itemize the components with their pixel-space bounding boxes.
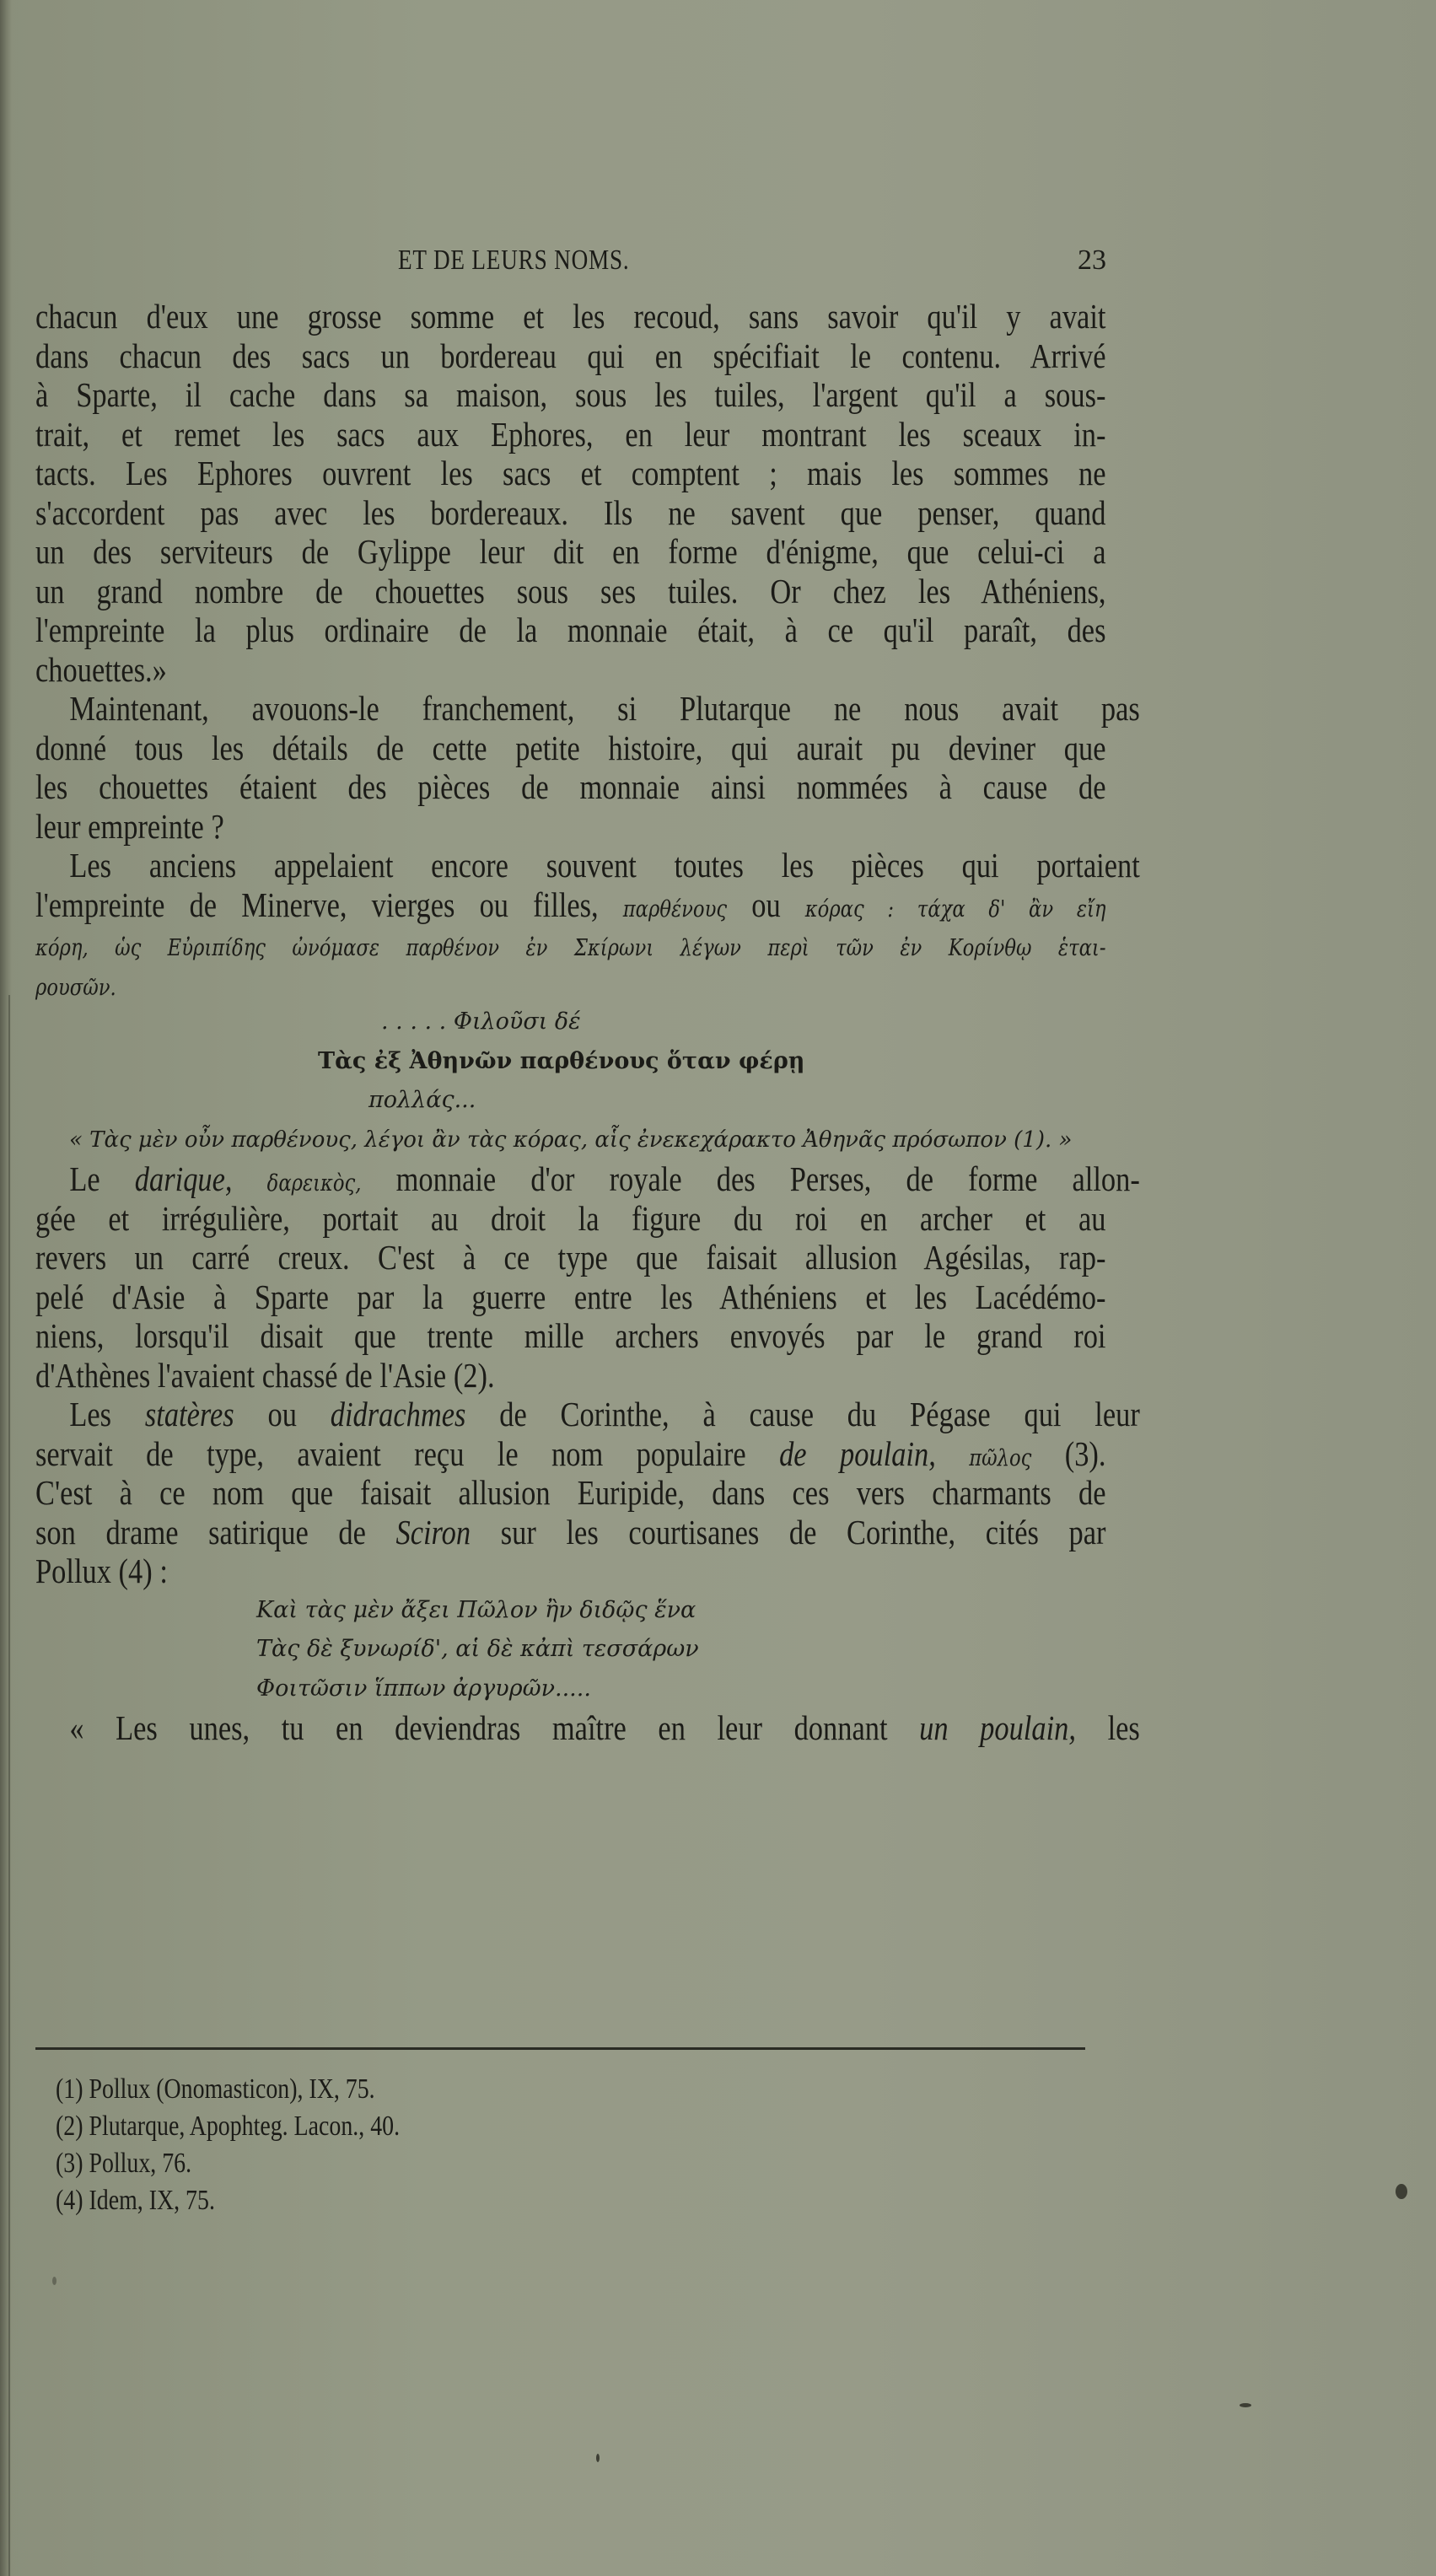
text-fragment: ou <box>751 885 780 924</box>
italic-term: darique, <box>135 1159 233 1198</box>
greek-fragment: κόρη, ὡς Εὐριπίδης ὠνόμασε παρθένον ἐν Σ… <box>35 935 1105 961</box>
running-title: ET DE LEURS NOMS. <box>398 245 630 277</box>
footnote-1: (1) Pollux (Onomasticon), IX, 75. <box>56 2071 400 2108</box>
greek-line: ρουσῶν. <box>35 964 1105 1003</box>
paragraph-start: Les statères ou didrachmes de Corinthe, … <box>35 1395 1140 1434</box>
text-line: un grand nombre de chouettes sous ses tu… <box>35 572 1105 611</box>
text-line: s'accordent pas avec les bordereaux. Ils… <box>35 493 1105 533</box>
footnotes: (1) Pollux (Onomasticon), IX, 75. (2) Pl… <box>56 2071 476 2219</box>
italic-term: de poulain, <box>779 1434 936 1473</box>
text-line: les chouettes étaient des pièces de monn… <box>35 767 1105 807</box>
text-fragment: (3). <box>1065 1434 1106 1473</box>
verse-line: Φοιτῶσιν ἵππων ἀργυρῶν..... <box>35 1670 1106 1709</box>
text-line: son drame satirique de Sciron sur les co… <box>35 1513 1105 1552</box>
italic-term: didrachmes <box>331 1395 466 1433</box>
text-line: chouettes.» <box>35 650 1105 690</box>
paragraph-start: Les anciens appelaient encore souvent to… <box>35 846 1140 885</box>
text-line: tacts. Les Ephores ouvrent les sacs et c… <box>35 454 1105 493</box>
greek-line: κόρη, ὡς Εὐριπίδης ὠνόμασε παρθένον ἐν Σ… <box>35 924 1105 964</box>
paper-blemish <box>1240 2403 1251 2407</box>
paragraph-start: Le darique, δαρεικὸς, monnaie d'or royal… <box>35 1159 1140 1199</box>
paper-blemish <box>52 2277 56 2285</box>
text-fragment: de Corinthe, à cause du Pégase qui leur <box>499 1395 1140 1433</box>
verse-line: πολλάς... <box>35 1081 1106 1121</box>
italic-term: un poulain, <box>919 1708 1076 1747</box>
text-line: un des serviteurs de Gylippe leur dit en… <box>35 532 1105 572</box>
footnote-2: (2) Plutarque, Apophteg. Lacon., 40. <box>56 2108 400 2145</box>
text-line: revers un carré creux. C'est à ce type q… <box>35 1238 1105 1277</box>
greek-fragment: παρθένους <box>623 896 727 922</box>
text-line: pelé d'Asie à Sparte par la guerre entre… <box>35 1277 1105 1317</box>
text-fragment: servait de type, avaient reçu le nom pop… <box>35 1434 746 1473</box>
text-line: l'empreinte de Minerve, vierges ou fille… <box>35 885 1105 925</box>
text-line: gée et irrégulière, portait au droit la … <box>35 1199 1105 1239</box>
verse-line: Τὰς ἐξ Ἀθηνῶν παρθένους ὅταν φέρῃ <box>35 1042 1106 1082</box>
text-line: Pollux (4) : <box>35 1552 1105 1591</box>
verse-line: Καὶ τὰς μὲν ἄξει Πῶλον ἢν διδῷς ἕνα <box>35 1591 1106 1631</box>
italic-term: statères <box>145 1395 234 1433</box>
greek-fragment: πῶλος <box>969 1445 1031 1471</box>
paragraph-start: Maintenant, avouons-le franchement, si P… <box>35 689 1140 729</box>
text-fragment: Le <box>69 1159 99 1198</box>
text-fragment: l'empreinte de Minerve, vierges ou fille… <box>35 885 599 924</box>
verse-line: Τὰς δὲ ξυνωρίδ', αἱ δὲ κἀπὶ τεσσάρων <box>35 1630 1106 1670</box>
text-line: trait, et remet les sacs aux Ephores, en… <box>35 415 1105 454</box>
footnote-separator <box>35 2047 1085 2050</box>
greek-quote: « Τὰς μὲν οὖν παρθένους, λέγοι ἂν τὰς κό… <box>35 1121 1106 1160</box>
greek-fragment: κόρας : τάχα δ' ἂν εἴη <box>805 896 1106 922</box>
text-line: chacun d'eux une grosse somme et les rec… <box>35 297 1105 336</box>
text-fragment: les <box>1108 1708 1140 1747</box>
paragraph-start: « Les unes, tu en deviendras maître en l… <box>35 1708 1140 1748</box>
text-line: dans chacun des sacs un bordereau qui en… <box>35 336 1105 376</box>
text-fragment: son drame satirique de <box>35 1513 366 1552</box>
text-line: servait de type, avaient reçu le nom pop… <box>35 1434 1105 1474</box>
text-line: donné tous les détails de cette petite h… <box>35 729 1105 768</box>
text-line: leur empreinte ? <box>35 807 1105 847</box>
text-line: niens, lorsqu'il disait que trente mille… <box>35 1316 1105 1356</box>
text-fragment: « Les unes, tu en deviendras maître en l… <box>69 1708 887 1747</box>
binding-edge-line <box>8 995 10 2576</box>
body-text: chacun d'eux une grosse somme et les rec… <box>35 297 1106 1748</box>
footnote-3: (3) Pollux, 76. <box>56 2145 400 2182</box>
text-fragment: ou <box>268 1395 297 1433</box>
running-head: ET DE LEURS NOMS. 23 <box>35 245 1106 287</box>
text-line: à Sparte, il cache dans sa maison, sous … <box>35 375 1105 415</box>
paper-blemish <box>596 2454 600 2462</box>
text-fragment: sur les courtisanes de Corinthe, cités p… <box>501 1513 1106 1552</box>
text-line: C'est à ce nom que faisait allusion Euri… <box>35 1473 1105 1513</box>
text-line: d'Athènes l'avaient chassé de l'Asie (2)… <box>35 1356 1105 1396</box>
footnote-4: (4) Idem, IX, 75. <box>56 2182 400 2219</box>
paper-blemish <box>1396 2184 1407 2199</box>
text-fragment: monnaie d'or royale des Perses, de forme… <box>396 1159 1140 1198</box>
italic-term: Sciron <box>395 1513 471 1552</box>
greek-fragment: δαρεικὸς, <box>267 1170 362 1197</box>
verse-line: . . . . . Φιλοῦσι δέ <box>35 1003 1106 1042</box>
page-number: 23 <box>1078 245 1106 277</box>
text-line: l'empreinte la plus ordinaire de la monn… <box>35 610 1105 650</box>
greek-fragment: ρουσῶν. <box>35 975 116 1001</box>
text-fragment: Les <box>69 1395 111 1433</box>
